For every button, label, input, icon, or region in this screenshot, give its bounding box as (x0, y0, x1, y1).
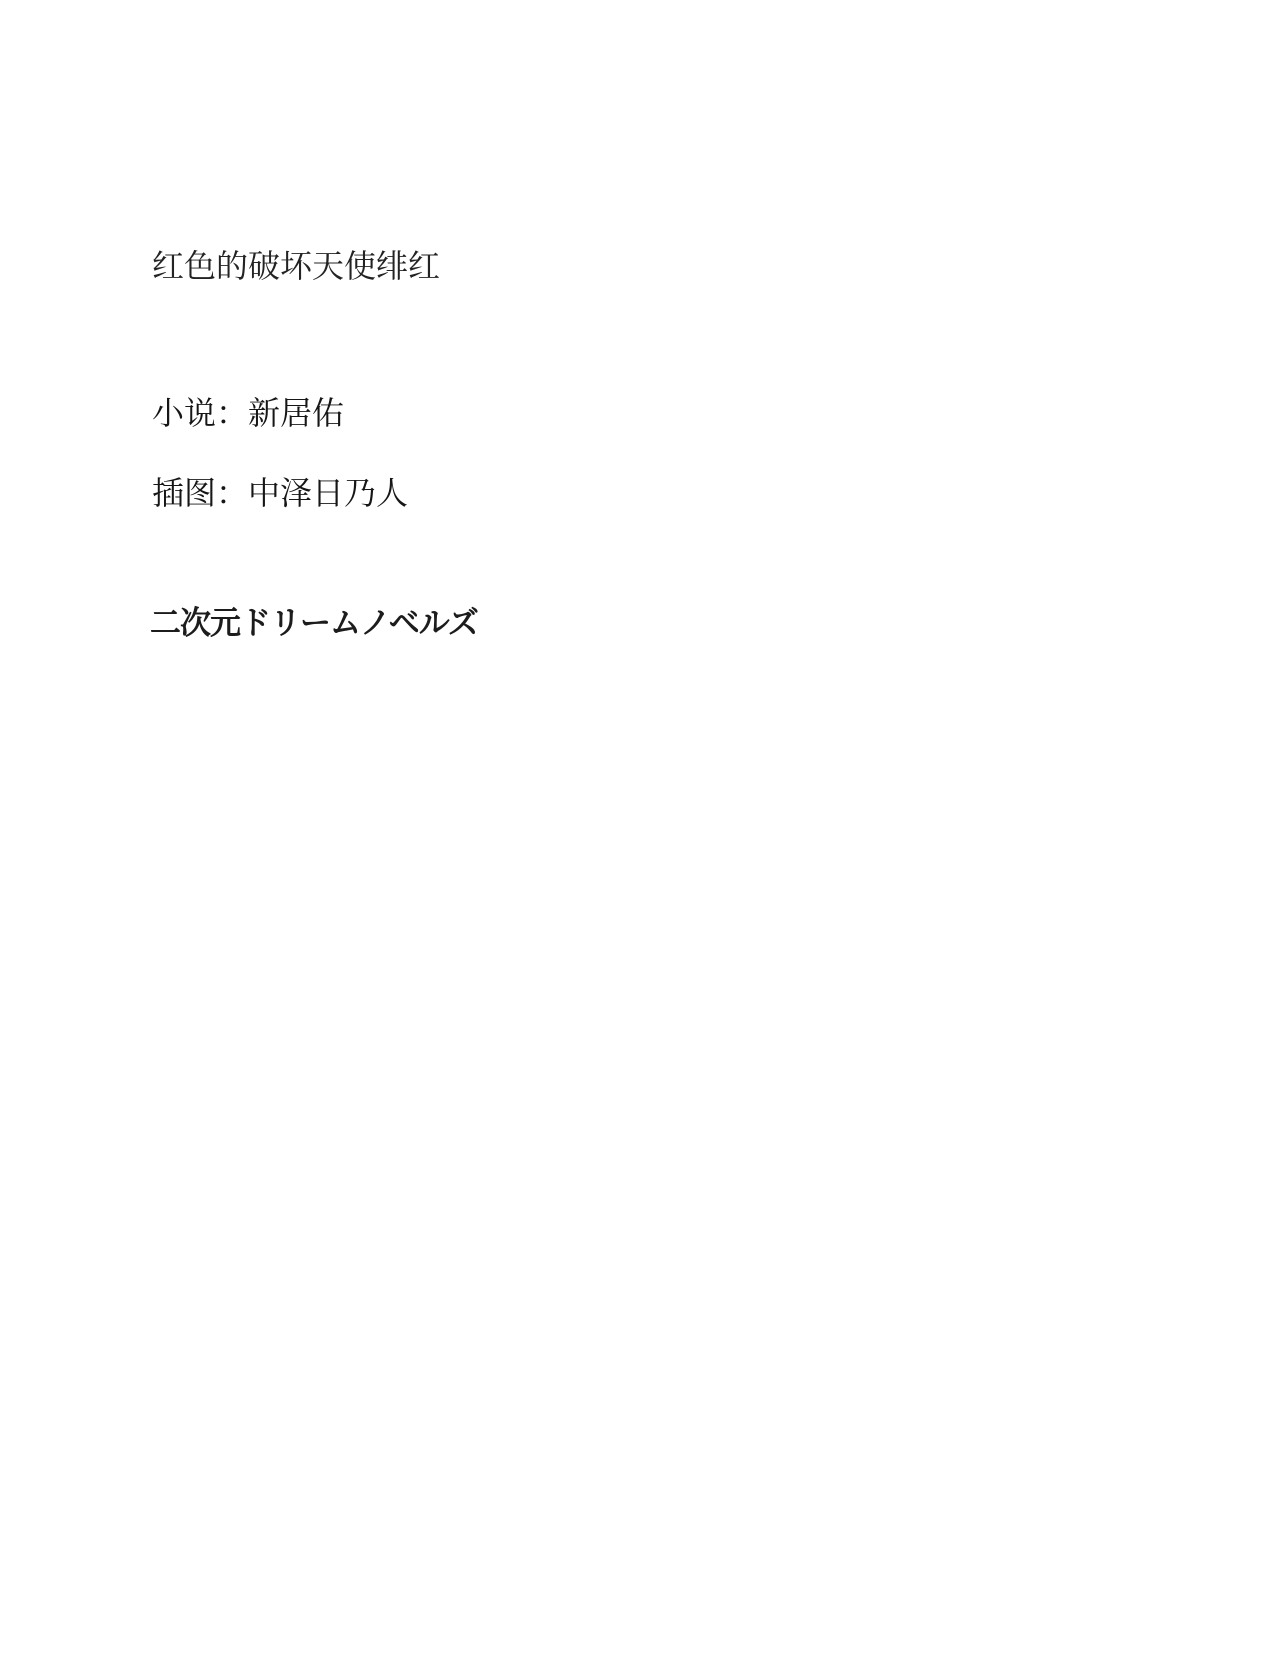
imprint-logo: 二次元ドリームノベルズ (150, 608, 478, 640)
ebook-page: 红色的破坏天使绯红 小说：新居佑 插图：中泽日乃人 二次元ドリームノベルズ (0, 0, 1280, 1656)
illustrator-credit: 插图：中泽日乃人 (152, 474, 408, 512)
book-title: 红色的破坏天使绯红 (152, 248, 440, 285)
novel-author-credit: 小说：新居佑 (152, 394, 344, 432)
